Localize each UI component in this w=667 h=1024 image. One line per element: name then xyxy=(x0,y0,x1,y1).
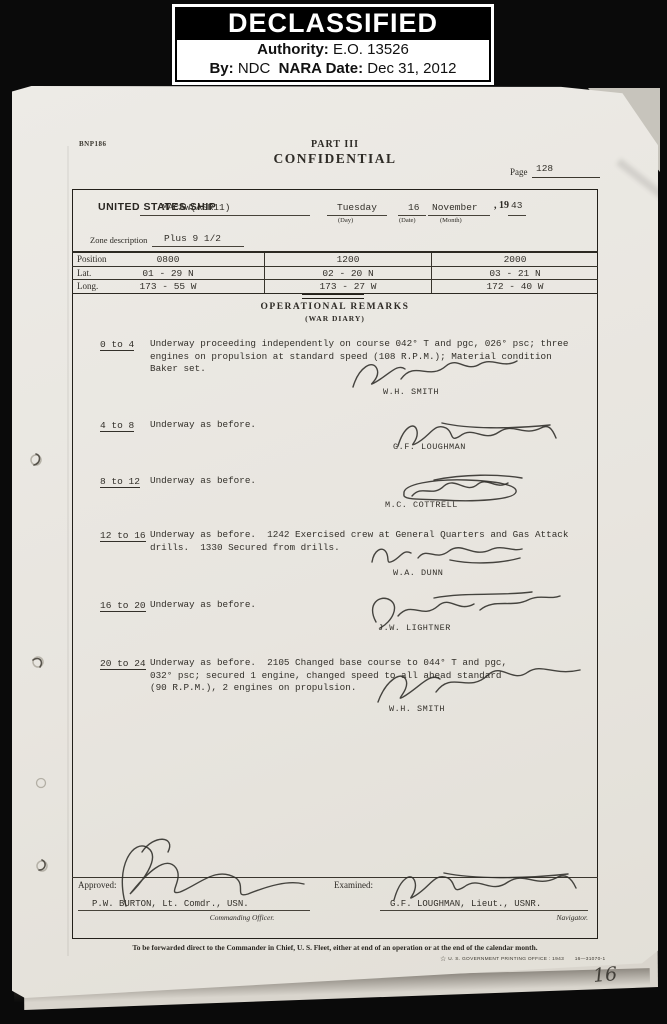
stamp-by-label: By: xyxy=(209,60,233,77)
position-table-header-row: Position0800 1200 2000 xyxy=(72,253,598,267)
long-2000: 172 - 40 W xyxy=(432,281,598,292)
page-label: Page xyxy=(510,167,528,177)
section-divider-mark xyxy=(302,294,364,299)
printing-office-line: ☆ U. S. GOVERNMENT PRINTING OFFICE : 194… xyxy=(440,955,605,963)
month-value: November xyxy=(432,202,478,213)
print-code: 16—31070-1 xyxy=(575,957,606,962)
zone-description-value: Plus 9 1/2 xyxy=(164,233,221,244)
declassified-stamp: DECLASSIFIED Authority: E.O. 13526 By: N… xyxy=(172,4,494,85)
page-number-rule xyxy=(532,177,600,178)
signer-name: W.H. SMITH xyxy=(383,387,439,397)
punch-hole-icon xyxy=(28,452,44,468)
remarks-title: OPERATIONAL REMARKS xyxy=(12,302,658,312)
classification-marking: CONFIDENTIAL xyxy=(12,151,658,167)
stamp-by-line: By: NDC NARA Date: Dec 31, 2012 xyxy=(179,60,487,79)
position-table: Position0800 1200 2000 Lat.01 - 29 N 02 … xyxy=(72,251,598,294)
ship-name: MACAW(ASR11) xyxy=(162,202,230,213)
punch-hole-icon xyxy=(34,858,50,874)
ship-name-rule xyxy=(140,215,310,216)
examined-title: Navigator. xyxy=(508,913,588,922)
entry-time: 0 to 4 xyxy=(100,339,134,351)
approved-signature-rule xyxy=(78,910,310,911)
scanned-war-diary-page: { "stamp": { "title": "DECLASSIFIED", "a… xyxy=(0,0,667,1024)
printing-office-text: U. S. GOVERNMENT PRINTING OFFICE : 1943 xyxy=(448,957,564,962)
lat-1200: 02 - 20 N xyxy=(265,268,431,279)
long-1200: 173 - 27 W xyxy=(265,281,431,292)
left-margin-fold-line xyxy=(67,146,69,956)
signer-name: M.C. COTTRELL xyxy=(385,500,458,510)
signature-scribble-icon xyxy=(370,660,585,708)
stamp-date-value: Dec 31, 2012 xyxy=(367,60,456,77)
star-icon: ☆ xyxy=(440,956,447,963)
date-label: (Date) xyxy=(399,217,416,224)
stamp-date-label: NARA Date: xyxy=(279,60,363,77)
signer-name: W.A. DUNN xyxy=(393,568,443,578)
entry-time: 4 to 8 xyxy=(100,420,134,432)
month-rule xyxy=(428,215,490,216)
entry-time: 12 to 16 xyxy=(100,530,146,542)
month-label: (Month) xyxy=(440,217,462,224)
long-0800: 173 - 55 W xyxy=(72,281,264,292)
stamp-authority-line: Authority: E.O. 13526 xyxy=(179,41,487,60)
approved-name: P.W. BURTON, Lt. Comdr., USN. xyxy=(92,899,249,909)
date-rule xyxy=(398,215,426,216)
date-value: 16 xyxy=(408,202,419,213)
year-prefix: , 19 xyxy=(494,200,509,211)
longitude-row: Long.173 - 55 W 173 - 27 W 172 - 40 W xyxy=(72,280,598,293)
signer-name: J.W. LIGHTNER xyxy=(378,623,451,633)
signer-name: W.H. SMITH xyxy=(389,704,445,714)
year-rule xyxy=(508,215,526,216)
signer-name: G.F. LOUGHMAN xyxy=(393,442,466,452)
latitude-row: Lat.01 - 29 N 02 - 20 N 03 - 21 N xyxy=(72,267,598,281)
day-rule xyxy=(327,215,387,216)
day-label: (Day) xyxy=(338,217,353,224)
punch-hole-icon xyxy=(34,776,48,790)
lat-2000: 03 - 21 N xyxy=(432,268,598,279)
col-header-1200: 1200 xyxy=(265,254,431,265)
punch-hole-icon xyxy=(30,654,46,670)
entry-time: 16 to 20 xyxy=(100,600,146,612)
stamp-by-value: NDC xyxy=(238,60,271,77)
signature-scribble-icon xyxy=(364,538,526,572)
forwarding-note: To be forwarded direct to the Commander … xyxy=(12,943,658,952)
war-diary-sheet: BNP186 PART III CONFIDENTIAL Page 128 UN… xyxy=(12,86,658,998)
col-header-0800: 0800 xyxy=(72,254,264,265)
examined-name: G.F. LOUGHMAN, Lieut., USNR. xyxy=(390,899,541,909)
approved-title: Commanding Officer. xyxy=(152,913,332,922)
lat-0800: 01 - 29 N xyxy=(72,268,264,279)
remarks-subtitle: (WAR DIARY) xyxy=(12,314,658,323)
year-value: 43 xyxy=(511,200,522,211)
zone-description-label: Zone description xyxy=(90,235,147,245)
declassified-stamp-title: DECLASSIFIED xyxy=(175,7,491,40)
col-header-2000: 2000 xyxy=(432,254,598,265)
part-title: PART III xyxy=(12,139,658,150)
entry-time: 8 to 12 xyxy=(100,476,140,488)
page-number: 128 xyxy=(536,163,553,174)
day-value: Tuesday xyxy=(337,202,377,213)
examined-label: Examined: xyxy=(334,880,373,890)
stamp-authority-label: Authority: xyxy=(257,41,329,58)
stamp-authority-value: E.O. 13526 xyxy=(333,41,409,58)
handwritten-page-number: 16 xyxy=(592,963,618,987)
zone-description-rule xyxy=(152,246,244,247)
declassified-stamp-body: Authority: E.O. 13526 By: NDC NARA Date:… xyxy=(175,40,491,82)
examined-signature-rule xyxy=(380,910,588,911)
entry-time: 20 to 24 xyxy=(100,658,146,670)
